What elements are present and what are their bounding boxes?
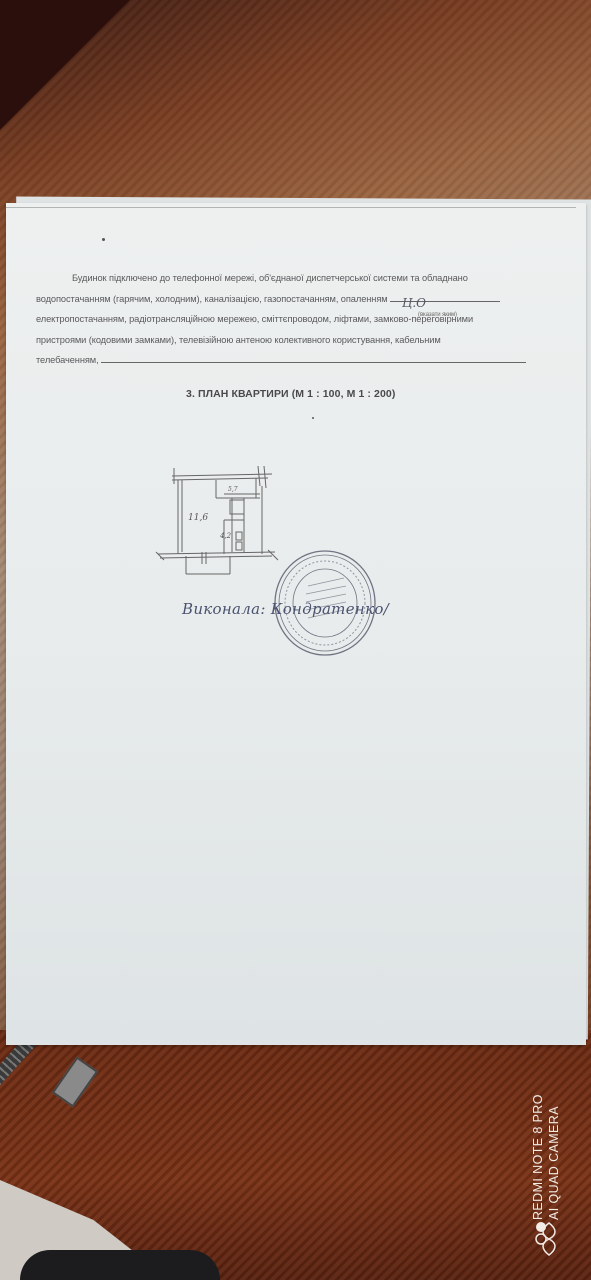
paragraph-line-4: пристроями (кодовими замками), телевізій…: [36, 335, 441, 345]
room-area-top: 5,7: [228, 486, 238, 493]
paper-fold-line: [6, 207, 576, 208]
watermark-line-1: REDMI NOTE 8 PRO: [530, 1094, 546, 1220]
signature: Виконала: Кондратенко/: [182, 600, 389, 618]
camera-watermark: REDMI NOTE 8 PRO AI QUAD CAMERA: [526, 1094, 566, 1250]
paragraph-line-5: телебаченням,: [36, 355, 99, 365]
floor-plan: 11,6 4,2 5,7: [150, 462, 280, 578]
camera-logo-icon: [535, 1219, 557, 1259]
background-dark-corner: [0, 0, 130, 130]
heating-type-field: Ц.О (вказати яким): [390, 301, 500, 302]
cable-tv-field: [101, 362, 526, 363]
room-area-small: 4,2: [219, 532, 232, 540]
room-area-main: 11,6: [188, 513, 208, 523]
dark-fabric: [20, 1250, 220, 1280]
watermark-line-2: AI QUAD CAMERA: [546, 1094, 562, 1220]
utilities-paragraph: Будинок підключено до телефонної мережі,…: [36, 268, 539, 371]
section-title: 3. ПЛАН КВАРТИРИ (М 1 : 100, М 1 : 200): [186, 388, 395, 400]
paper-speck: [312, 417, 314, 419]
paragraph-line-1: Будинок підключено до телефонної мережі,…: [72, 273, 468, 283]
paragraph-line-2: водопостачанням (гарячим, холодним), кан…: [36, 294, 388, 304]
paper-speck: [102, 238, 105, 241]
heating-type-hint: (вказати яким): [418, 311, 457, 319]
paragraph-line-3: електропостачанням, радіотрансляційною м…: [36, 314, 473, 324]
